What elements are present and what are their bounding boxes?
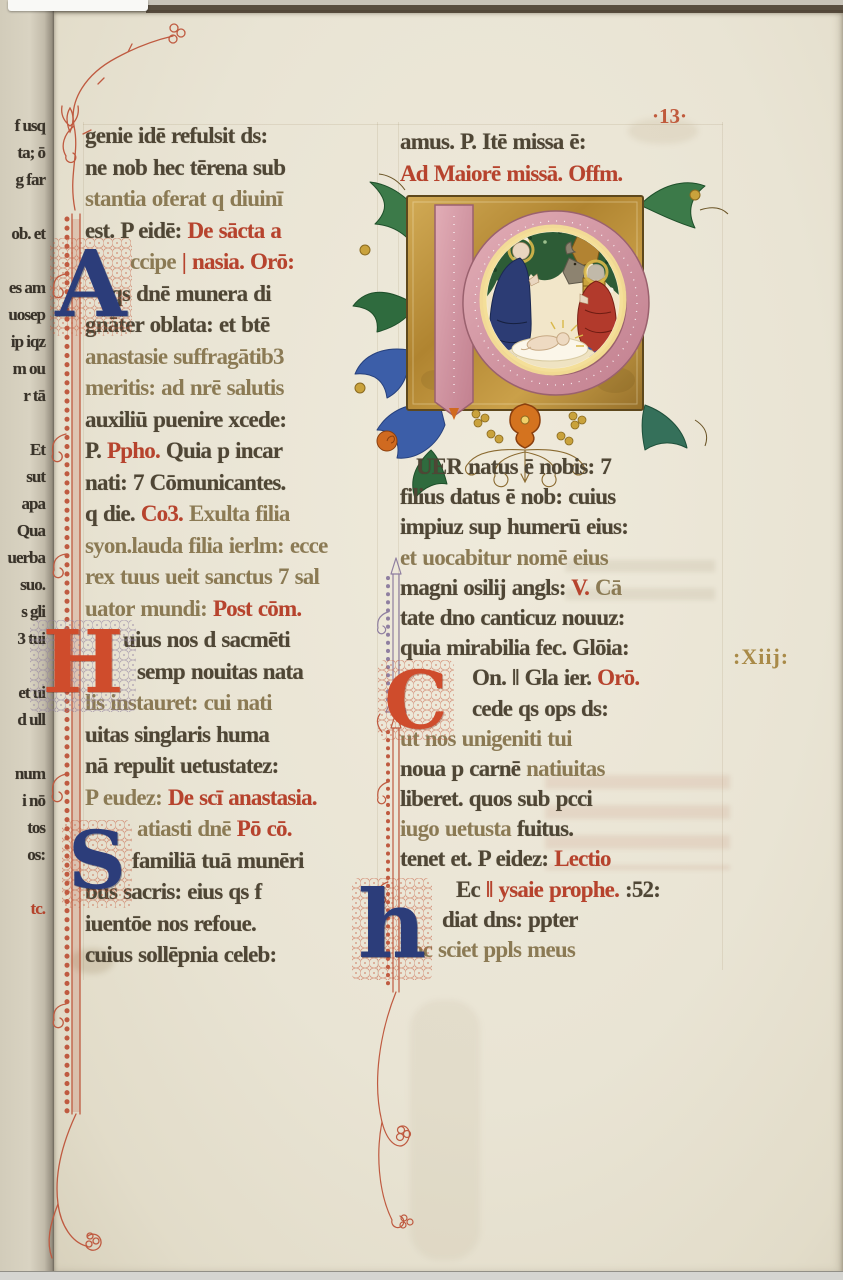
text-line: diat dns: ppter <box>400 905 722 935</box>
body-text: iuentōe nos refoue. <box>85 911 256 936</box>
text-line: meritis: ad nrē salutis <box>85 372 377 404</box>
text-line: tate dno canticuz nouuz: <box>400 603 722 633</box>
body-text: uitas singlaris huma <box>85 722 269 747</box>
body-text: cuius sollēpnia celeb: <box>85 942 276 967</box>
text-line: tenet et. P eidez: Lectio <box>400 844 722 874</box>
body-text: atiasti dnē <box>137 816 237 841</box>
rubric-text: Co3. <box>141 501 189 526</box>
body-text: UER natus ē nobis: 7 <box>416 454 611 479</box>
body-text: genie idē refulsit ds: <box>85 123 267 148</box>
rubric-text: De scī anastasia. <box>168 785 317 810</box>
right-text-column-header: amus. P. Itē missa ē:Ad Maiorē missā. Of… <box>400 126 722 189</box>
text-line: stantia oferat q diuinī <box>85 183 377 215</box>
body-text: ccipe <box>130 249 182 274</box>
body-text: iugo uetusta <box>400 816 517 841</box>
body-text: meritis: ad nrē salutis <box>85 375 284 400</box>
folio-number: ·13· <box>652 104 687 129</box>
scan-bottom-edge <box>0 1271 843 1280</box>
text-line: genie idē refulsit ds: <box>85 120 377 152</box>
body-text: et uocabitur nomē eius <box>400 545 608 570</box>
rubric-text: De sācta a <box>187 218 281 243</box>
rubric-text: Pō cō. <box>237 816 292 841</box>
body-text: impiuz sup humerū eius: <box>400 514 628 539</box>
text-line: P. Ppho. Quia p incar <box>85 435 377 467</box>
body-text: Cā <box>595 575 622 600</box>
illuminated-initial-h: H <box>30 620 136 712</box>
body-text: Exulta filia <box>189 501 290 526</box>
text-line: nati: 7 Cōmunicantes. <box>85 467 377 499</box>
body-text: q die. <box>85 501 141 526</box>
bookmark-tab <box>8 0 148 11</box>
body-text: filius datus ē nob: cuius <box>400 484 615 509</box>
text-line: q die. Co3. Exulta filia <box>85 498 377 530</box>
rubric-text: ‖ <box>486 877 499 902</box>
text-line: liberet. quos sub pcci <box>400 784 722 814</box>
illuminated-initial-c: C <box>378 660 454 740</box>
rubric-text: V. <box>571 575 595 600</box>
illuminated-initial-a: A <box>50 238 132 336</box>
body-text: familiā tuā munēri <box>132 848 304 873</box>
body-text: fuitus. <box>517 816 573 841</box>
text-line: uitas singlaris huma <box>85 719 377 751</box>
manuscript-photo: { "page": { "folio_number": "·13·", "qui… <box>0 0 843 1280</box>
body-text: natiuitas <box>526 756 604 781</box>
rubric-text: Ppho. <box>107 438 166 463</box>
body-text: ne nob hec tērena sub <box>85 155 285 180</box>
rubric-text: Orō. <box>597 665 639 690</box>
text-line: iuentōe nos refoue. <box>85 908 377 940</box>
body-text: auxiliū puenire xcede: <box>85 407 286 432</box>
text-line: Ad Maiorē missā. Offm. <box>400 158 722 190</box>
text-line: quia mirabilia fec. Glōia: <box>400 633 722 663</box>
text-line: et uocabitur nomē eius <box>400 543 722 573</box>
text-line: magni osilij angls: V. Cā <box>400 573 722 603</box>
text-line: hoc sciet ppls meus <box>400 935 722 965</box>
text-line: filius datus ē nob: cuius <box>400 482 722 512</box>
body-text: cede qs ops ds: <box>472 696 608 721</box>
body-text: anastasie suffragātib3 <box>85 344 284 369</box>
rubric-text: | <box>182 249 192 274</box>
body-text: syon.lauda filia ierlm: ecce <box>85 533 328 558</box>
body-text: P. <box>85 438 107 463</box>
text-line: cuius sollēpnia celeb: <box>85 939 377 971</box>
text-line: impiuz sup humerū eius: <box>400 512 722 542</box>
body-text: P eudez: <box>85 785 168 810</box>
text-line: P eudez: De scī anastasia. <box>85 782 377 814</box>
body-text: liberet. quos sub pcci <box>400 786 592 811</box>
body-text: uius nos d sacmēti <box>123 627 290 652</box>
rubric-text: Ad Maiorē missā. Offm. <box>400 161 622 186</box>
body-text: :52: <box>619 877 660 902</box>
body-text: noua p carnē <box>400 756 526 781</box>
body-text: tate dno canticuz nouuz: <box>400 605 625 630</box>
body-text: tenet et. P eidez: <box>400 846 554 871</box>
rubric-text: Lectio <box>554 846 611 871</box>
text-line: nā repulit uetustatez: <box>85 750 377 782</box>
body-text: qs dnē munera di <box>110 281 271 306</box>
text-line: Ec ‖ ysaie prophe. :52: <box>400 875 722 905</box>
body-text: Ec <box>456 877 486 902</box>
body-text: stantia oferat q diuinī <box>85 186 282 211</box>
text-line: iugo uetusta fuitus. <box>400 814 722 844</box>
rubric-text: ysaie prophe. <box>499 877 620 902</box>
text-line: amus. P. Itē missa ē: <box>400 126 722 158</box>
illuminated-initial-s: S <box>62 820 132 908</box>
body-text: diat dns: ppter <box>442 907 578 932</box>
text-line: rex tuus ueit sanctus 7 sal <box>85 561 377 593</box>
body-text: Quia p incar <box>166 438 282 463</box>
body-text: magni osilij angls: <box>400 575 571 600</box>
page-top-edge <box>146 5 843 13</box>
text-line: anastasie suffragātib3 <box>85 341 377 373</box>
rubric-text: Post cōm. <box>213 596 301 621</box>
body-text: On. ‖ Gla ier. <box>472 665 597 690</box>
body-text: amus. P. Itē missa ē: <box>400 129 586 154</box>
text-line: UER natus ē nobis: 7 <box>400 452 722 482</box>
quire-numeral: :Xiij: <box>733 644 789 670</box>
body-text: nā repulit uetustatez: <box>85 753 279 778</box>
body-text: semp nouitas nata <box>137 659 303 684</box>
illuminated-initial-hec: h <box>352 878 432 980</box>
body-text: nati: 7 Cōmunicantes. <box>85 470 286 495</box>
text-line: auxiliū puenire xcede: <box>85 404 377 436</box>
text-line: syon.lauda filia ierlm: ecce <box>85 530 377 562</box>
body-text: rex tuus ueit sanctus 7 sal <box>85 564 319 589</box>
text-line: noua p carnē natiuitas <box>400 754 722 784</box>
rubric-text: nasia. Orō: <box>192 249 294 274</box>
text-line: ne nob hec tērena sub <box>85 152 377 184</box>
